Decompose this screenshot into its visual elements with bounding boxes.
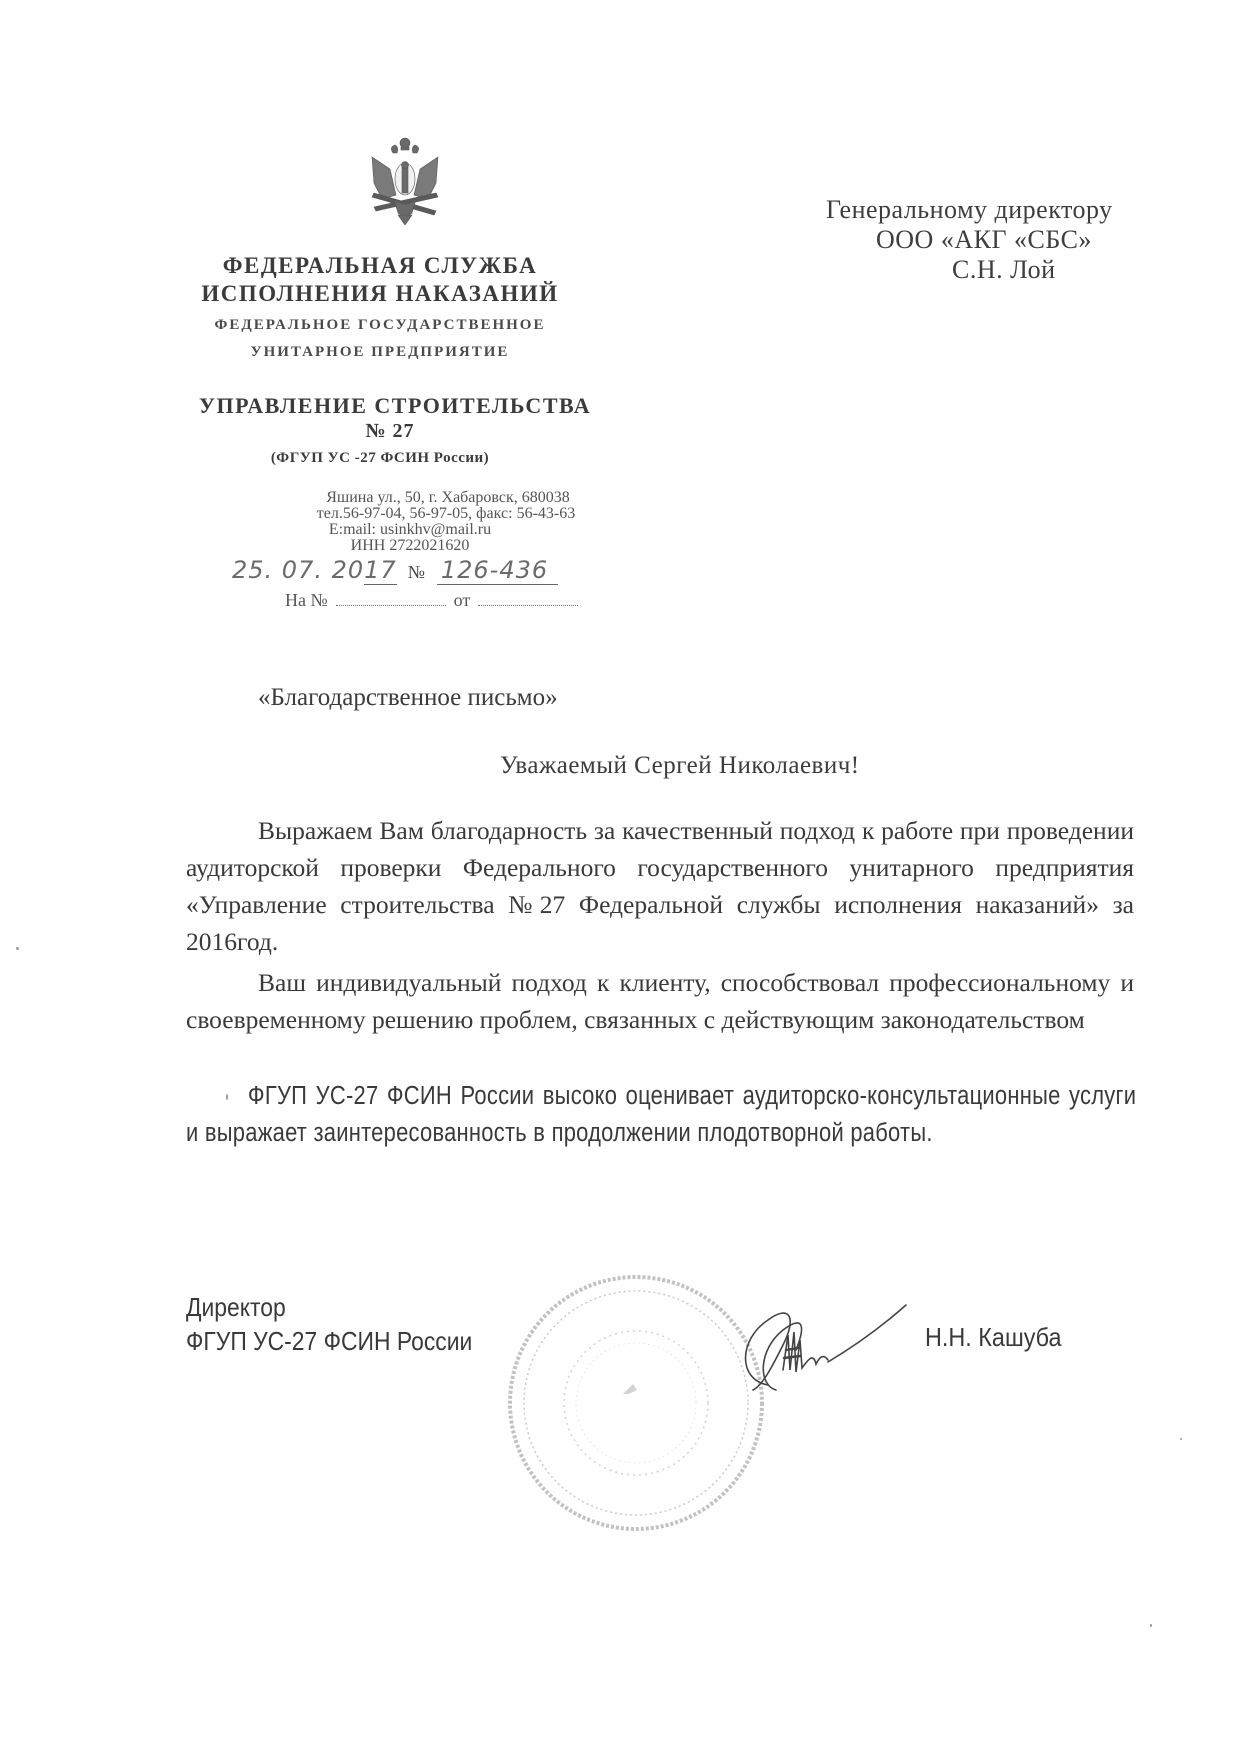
letter-page: ФЕДЕРАЛЬНАЯ СЛУЖБА ИСПОЛНЕНИЯ НАКАЗАНИЙ … — [0, 0, 1240, 1752]
org-name-line1: ФЕДЕРАЛЬНАЯ СЛУЖБА — [180, 252, 580, 280]
salutation: Уважаемый Сергей Николаевич! — [500, 752, 860, 780]
org-name-line2: ИСПОЛНЕНИЯ НАКАЗАНИЙ — [180, 280, 580, 308]
document-title: «Благодарственное письмо» — [258, 684, 558, 712]
org-inn: ИНН 2722021620 — [210, 538, 610, 554]
paragraph-text: ФГУП УС-27 ФСИН России высоко оценивает … — [186, 1078, 1136, 1152]
reference-date-label: от — [454, 590, 471, 610]
number-sign: № — [408, 562, 426, 582]
department-number: № 27 — [190, 419, 590, 443]
outgoing-date-number: 25. 07. 2017 № 126-436 — [232, 556, 558, 585]
outgoing-number: 126-436 — [437, 556, 558, 585]
org-abbreviation: (ФГУП УС -27 ФСИН России) — [180, 448, 580, 468]
scan-speck — [226, 1094, 228, 1100]
org-address: Яшина ул., 50, г. Хабаровск, 680038 — [248, 490, 648, 506]
scan-speck — [1150, 1624, 1152, 1627]
outgoing-date: 25. 07. 2017 — [232, 556, 397, 585]
handwritten-signature-icon — [728, 1290, 908, 1400]
reference-number-blank — [336, 591, 446, 606]
scan-speck — [1180, 1438, 1182, 1440]
paragraph-text: Ваш индивидуальный подход к клиенту, спо… — [186, 964, 1134, 1038]
addressee-position: Генеральному директору — [826, 195, 1140, 225]
paragraph-text: Выражаем Вам благодарность за качественн… — [186, 812, 1134, 960]
double-headed-eagle-emblem-icon — [368, 135, 442, 225]
org-email: E:mail: usinkhv@mail.ru — [210, 522, 610, 538]
reference-number-label: На № — [285, 590, 328, 610]
signer-position: Директор ФГУП УС-27 ФСИН России — [186, 1290, 472, 1358]
department-name: УПРАВЛЕНИЕ СТРОИТЕЛЬСТВА — [195, 392, 595, 420]
signer-position-line2: ФГУП УС-27 ФСИН России — [186, 1324, 472, 1358]
org-type-line2: УНИТАРНОЕ ПРЕДПРИЯТИЕ — [180, 342, 580, 362]
reference-date-blank — [478, 591, 578, 606]
addressee-block: Генеральному директору ООО «АКГ «СБС» С.… — [760, 195, 1140, 285]
signer-position-line1: Директор — [186, 1290, 472, 1324]
org-type-line1: ФЕДЕРАЛЬНОЕ ГОСУДАРСТВЕННОЕ — [180, 315, 580, 335]
addressee-name: С.Н. Лой — [952, 255, 1140, 285]
body-paragraph-3: ФГУП УС-27 ФСИН России высоко оценивает … — [186, 1078, 1134, 1152]
addressee-company: ООО «АКГ «СБС» — [876, 225, 1140, 255]
signer-name: Н.Н. Кашуба — [925, 1322, 1062, 1353]
body-paragraph-1: Выражаем Вам благодарность за качественн… — [186, 812, 1134, 960]
reference-line: На №от — [285, 590, 586, 611]
scan-speck — [16, 947, 19, 950]
org-phones: тел.56-97-04, 56-97-05, факс: 56-43-63 — [246, 506, 646, 522]
body-paragraph-2: Ваш индивидуальный подход к клиенту, спо… — [186, 964, 1134, 1038]
